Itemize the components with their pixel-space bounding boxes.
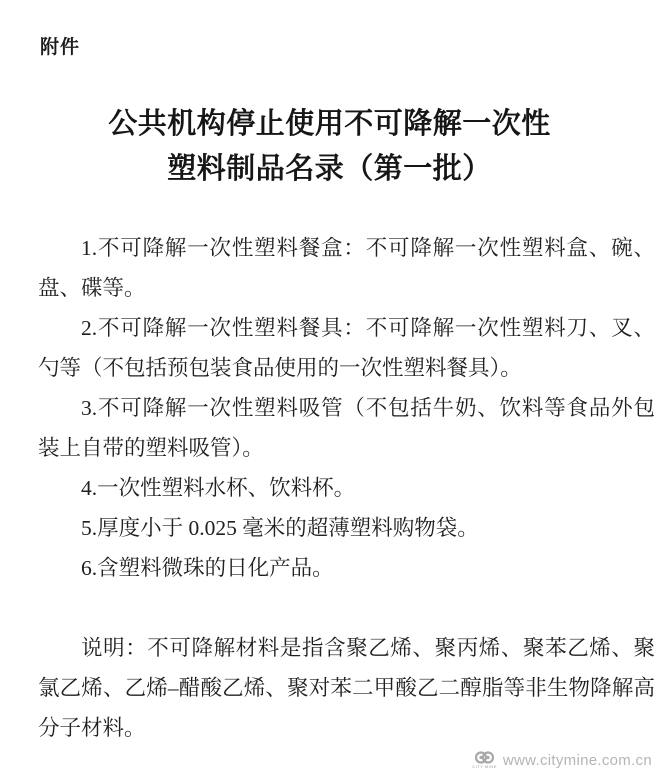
list-item-3: 3.不可降解一次性塑料吸管（不包括牛奶、饮料等食品外包装上自带的塑料吸管）。 — [38, 388, 655, 468]
note-paragraph: 说明：不可降解材料是指含聚乙烯、聚丙烯、聚苯乙烯、聚氯乙烯、乙烯–醋酸乙烯、聚对… — [38, 628, 655, 748]
watermark-url: www.citymine.com.cn — [503, 752, 652, 769]
title-line-1: 公共机构停止使用不可降解一次性 — [0, 102, 659, 147]
document-body: 1.不可降解一次性塑料餐盒：不可降解一次性塑料盒、碗、盘、碟等。 2.不可降解一… — [38, 228, 655, 748]
attachment-label: 附件 — [40, 32, 80, 59]
title-line-2: 塑料制品名录（第一批） — [0, 147, 659, 192]
list-item-6: 6.含塑料微珠的日化产品。 — [38, 548, 655, 588]
watermark-logo-caption: CITY MINE — [472, 765, 497, 769]
document-title: 公共机构停止使用不可降解一次性 塑料制品名录（第一批） — [0, 102, 659, 192]
watermark: CITY MINE www.citymine.com.cn — [472, 751, 652, 769]
list-item-2: 2.不可降解一次性塑料餐具：不可降解一次性塑料刀、叉、勺等（不包括预包装食品使用… — [38, 308, 655, 388]
document-page: 附件 公共机构停止使用不可降解一次性 塑料制品名录（第一批） 1.不可降解一次性… — [0, 0, 659, 775]
citymine-logo-icon: CITY MINE — [472, 751, 497, 769]
list-item-1: 1.不可降解一次性塑料餐盒：不可降解一次性塑料盒、碗、盘、碟等。 — [38, 228, 655, 308]
list-item-5: 5.厚度小于 0.025 毫米的超薄塑料购物袋。 — [38, 508, 655, 548]
list-item-4: 4.一次性塑料水杯、饮料杯。 — [38, 468, 655, 508]
